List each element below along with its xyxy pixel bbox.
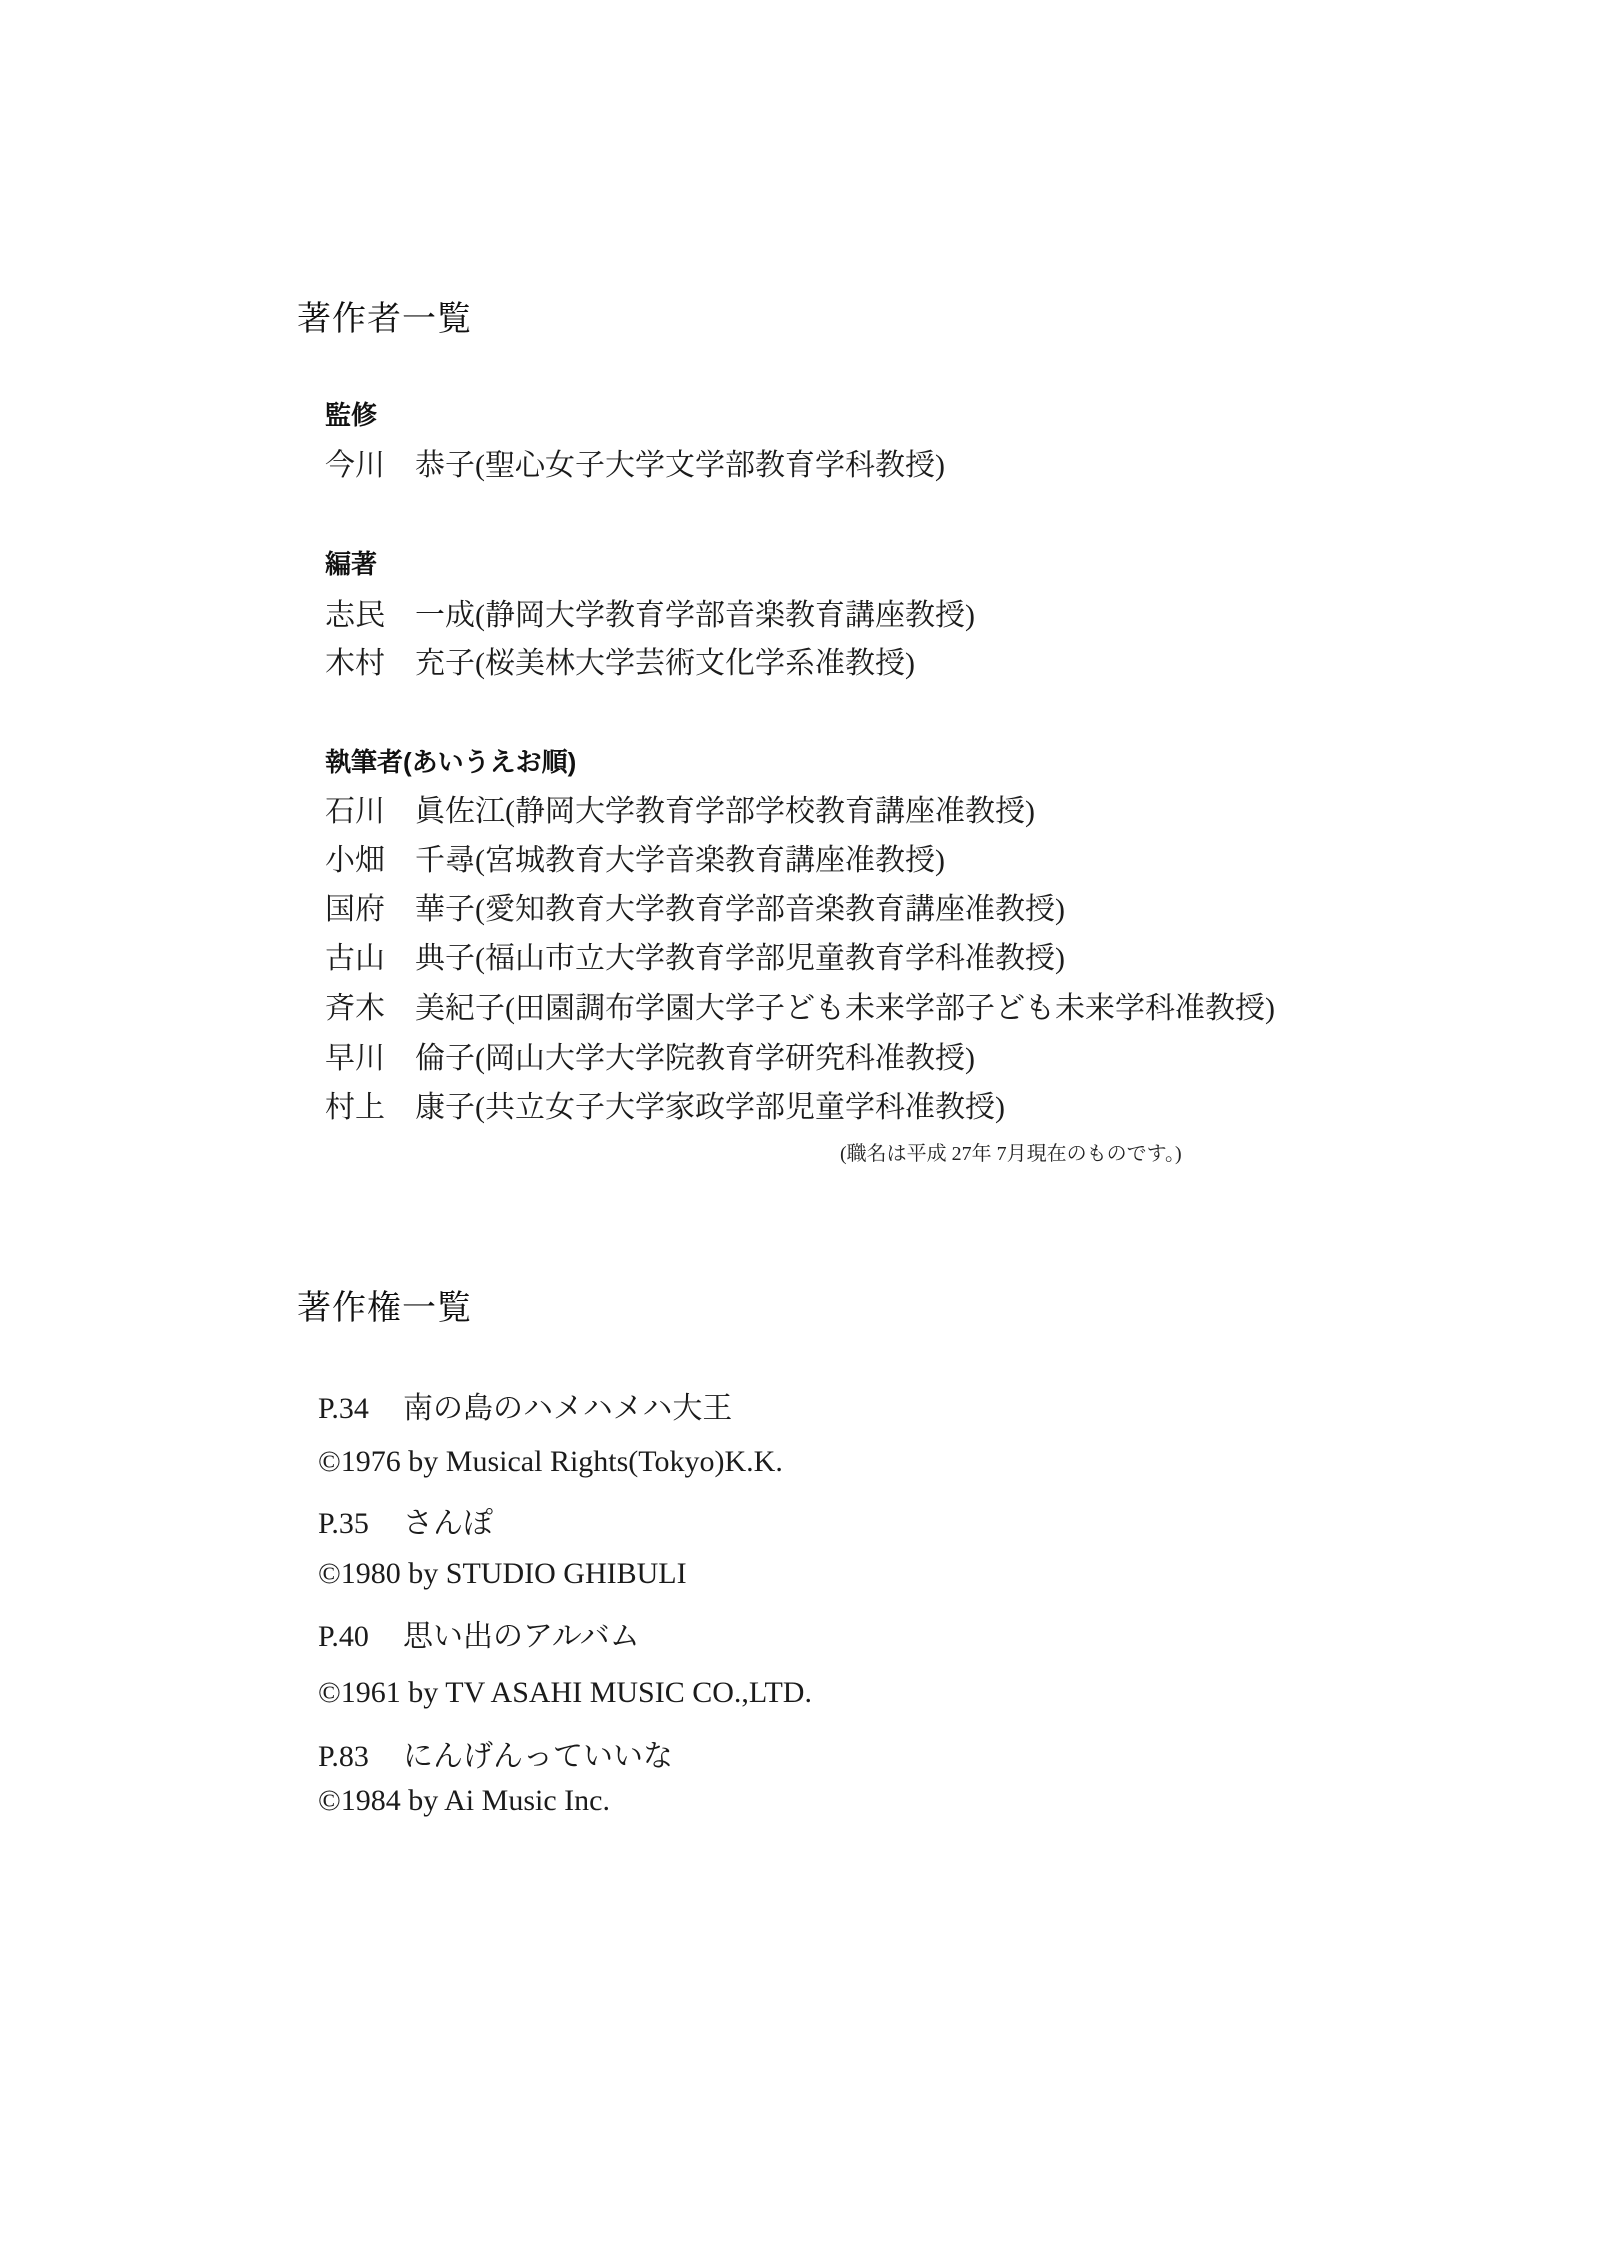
document-page: 著作者一覧 監修 今川 恭子(聖心女子大学文学部教育学科教授) 編著 志民 一成… <box>0 0 1600 2263</box>
author-line: 石川 眞佐江(静岡大学教育学部学校教育講座准教授) <box>325 797 1035 827</box>
copyright-notice: ©1961 by TV ASAHI MUSIC CO.,LTD. <box>318 1678 812 1708</box>
copyright-entry-title: P.35さんぽ <box>318 1509 493 1539</box>
author-line: 小畑 千尋(宮城教育大学音楽教育講座准教授) <box>325 846 945 876</box>
song-title: 思い出のアルバム <box>403 1620 640 1653</box>
song-title: にんげんっていいな <box>403 1740 673 1773</box>
page-number: P.83 <box>318 1742 403 1772</box>
author-line: 斉木 美紀子(田園調布学園大学子ども未来学部子ども未来学科准教授) <box>325 994 1275 1024</box>
group-heading-supervision: 監修 <box>325 402 377 428</box>
job-title-date-note: (職名は平成 27年 7月現在のものです。) <box>840 1144 1182 1164</box>
page-number: P.40 <box>318 1622 403 1652</box>
copyright-list-title: 著作権一覧 <box>297 1291 472 1325</box>
author-line: 木村 充子(桜美林大学芸術文化学系准教授) <box>325 649 915 679</box>
author-line: 早川 倫子(岡山大学大学院教育学研究科准教授) <box>325 1044 975 1074</box>
group-heading-writers: 執筆者(あいうえお順) <box>325 749 576 775</box>
copyright-notice: ©1976 by Musical Rights(Tokyo)K.K. <box>318 1447 783 1477</box>
song-title: さんぽ <box>403 1507 493 1540</box>
copyright-notice: ©1980 by STUDIO GHIBULI <box>318 1559 687 1589</box>
author-line: 国府 華子(愛知教育大学教育学部音楽教育講座准教授) <box>325 895 1065 925</box>
copyright-entry-title: P.40思い出のアルバム <box>318 1622 640 1652</box>
copyright-entry-title: P.34南の島のハメハメハ大王 <box>318 1394 732 1424</box>
author-line: 今川 恭子(聖心女子大学文学部教育学科教授) <box>325 451 945 481</box>
copyright-entry-title: P.83にんげんっていいな <box>318 1742 673 1772</box>
author-line: 古山 典子(福山市立大学教育学部児童教育学科准教授) <box>325 944 1065 974</box>
author-line: 村上 康子(共立女子大学家政学部児童学科准教授) <box>325 1093 1005 1123</box>
page-number: P.34 <box>318 1394 403 1424</box>
authors-list-title: 著作者一覧 <box>297 302 472 336</box>
copyright-notice: ©1984 by Ai Music Inc. <box>318 1786 610 1816</box>
group-heading-editors: 編著 <box>325 551 377 577</box>
song-title: 南の島のハメハメハ大王 <box>403 1392 732 1425</box>
author-line: 志民 一成(静岡大学教育学部音楽教育講座教授) <box>325 601 975 631</box>
page-number: P.35 <box>318 1509 403 1539</box>
